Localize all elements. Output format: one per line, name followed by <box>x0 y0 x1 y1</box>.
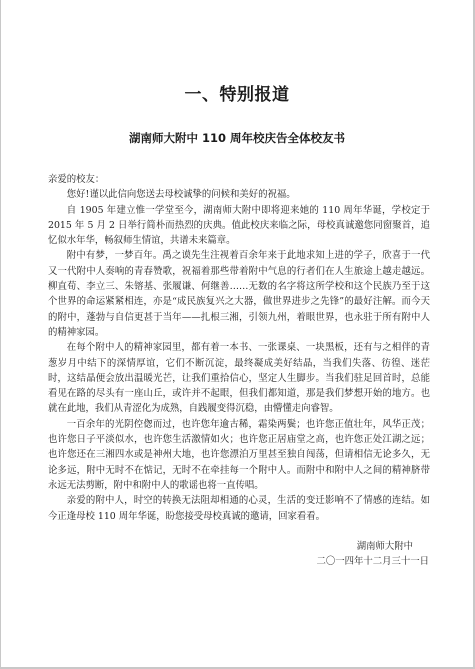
document-page: 一、特别报道 湖南师大附中 110 周年校庆告全体校友书 亲爱的校友： 您好!谨… <box>1 0 473 667</box>
signature-date: 二〇一四年十二月三十一日 <box>316 554 429 569</box>
section-title: 一、特别报道 <box>1 80 473 105</box>
paragraph-dream: 附中有梦，一梦百年。禹之谟先生注视着百余年来于此地求知上进的学子，欣喜于一代又一… <box>48 248 430 340</box>
paragraph-spiritual-home: 在每个附中人的精神家园里，都有着一本书、一张课桌、一块黑板，还有与之相伴的青葱岁… <box>48 340 430 416</box>
signature-block: 湖南师大附中 二〇一四年十二月三十一日 <box>316 539 429 570</box>
letter-body: 亲爱的校友： 您好!谨以此信向您送去母校诚挚的问候和美好的祝福。 自 1905 … <box>48 172 430 524</box>
paragraph-century: 一百余年的光阴倥偬而过，也许您年逾古稀，霜染两鬓；也许您正值壮年，风华正茂；也许… <box>48 417 430 493</box>
letter-title: 湖南师大附中 110 周年校庆告全体校友书 <box>1 130 473 146</box>
paragraph-invitation: 自 1905 年建立惟一学堂至今，湖南师大附中即将迎来她的 110 周年华诞，学… <box>48 203 430 249</box>
paragraph-closing: 亲爱的附中人，时空的转换无法阻却相通的心灵，生活的变迁影响不了情感的连结。如今正… <box>48 493 430 524</box>
salutation: 亲爱的校友： <box>48 172 430 187</box>
paragraph-greeting: 您好!谨以此信向您送去母校诚挚的问候和美好的祝福。 <box>48 187 430 202</box>
signature-org: 湖南师大附中 <box>316 539 429 554</box>
